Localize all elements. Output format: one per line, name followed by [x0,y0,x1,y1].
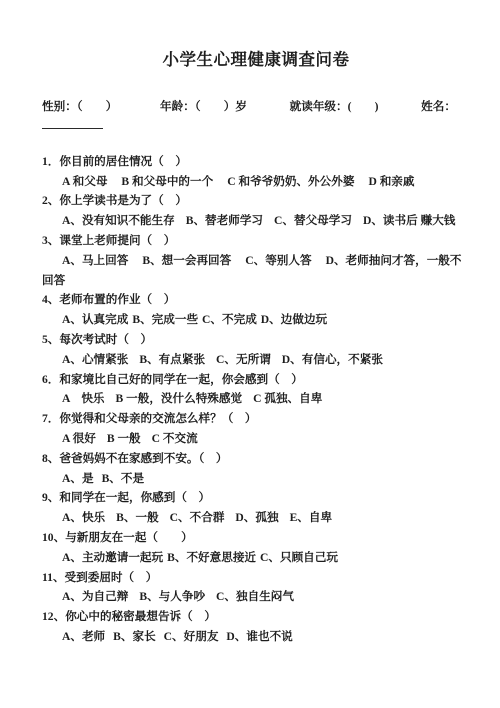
option-item: C 孤独、自卑 [253,392,322,405]
question-block: 3、课堂上老师提问（ ）A、马上回答B、想一会再回答C、等别人答D、老师抽问才答… [42,231,470,290]
option-item: D 和亲戚 [368,175,414,188]
option-item: C 和爷爷奶奶、外公外婆 [227,175,354,188]
question-options: A、快乐B、一般C、不合群D、孤独E、自卑 [42,508,470,528]
question-options: A 很好B 一般C 不交流 [42,429,470,449]
option-item: B、与人争吵 [139,590,205,603]
question-block: 5、每次考试时（ ）A、心情紧张B、有点紧张C、无所谓D、有信心，不紧张 [42,330,470,370]
option-item: B、不好意思接近 [167,551,256,564]
option-item: A、是 [62,472,94,485]
question-options: A、认真完成B、完成一些C、不完成D、边做边玩 [42,310,470,330]
option-item: B 和父母中的一个 [121,175,213,188]
option-item: A 很好 [62,432,96,445]
page-title: 小学生心理健康调查问卷 [42,0,470,70]
option-item: A、认真完成 [62,313,128,326]
question-options: A、心情紧张B、有点紧张C、无所谓D、有信心，不紧张 [42,350,470,370]
option-item: C、只顾自己玩 [260,551,338,564]
option-item: B 一般，没什么特殊感觉 [116,392,243,405]
option-item: B、不是 [102,472,145,485]
name-field: 姓名： [421,97,456,117]
option-item: C、等别人答 [245,254,311,267]
option-item: A、主动邀请一起玩 [62,551,163,564]
question-text: 12、你心中的秘密最想告诉（ ） [42,607,470,627]
option-item: A 和父母 [62,175,107,188]
question-options: A 和父母B 和父母中的一个C 和爷爷奶奶、外公外婆D 和亲戚 [42,172,470,192]
option-item: A、心情紧张 [62,353,128,366]
name-blank-line [42,128,103,129]
option-item: C、无所谓 [216,353,271,366]
question-text: 3、课堂上老师提问（ ） [42,231,470,251]
option-item: C、不合群 [170,511,225,524]
option-item: D、谁也不说 [226,630,292,643]
question-block: 6．和家境比自己好的同学在一起，你会感到（ ）A 快乐B 一般，没什么特殊感觉C… [42,370,470,410]
question-block: 10、与新朋友在一起（ ）A、主动邀请一起玩B、不好意思接近C、只顾自己玩 [42,528,470,568]
option-item: D、有信心，不紧张 [282,353,383,366]
question-text: 4、老师布置的作业（ ） [42,290,470,310]
question-text: 10、与新朋友在一起（ ） [42,528,470,548]
question-text: 8、爸爸妈妈不在家感到不安。（ ） [42,449,470,469]
option-item: B、想一会再回答 [142,254,231,267]
option-item: D、孤独 [235,511,278,524]
question-text: 2、你上学读书是为了（ ） [42,191,470,211]
question-options: A、是B、不是 [42,469,470,489]
option-item: B 一般 [107,432,141,445]
option-item: A、快乐 [62,511,105,524]
question-options: A、为自己辩B、与人争吵C、独自生闷气 [42,587,470,607]
question-options: A、老师B、家长C、好朋友D、谁也不说 [42,627,470,647]
option-item: B、家长 [113,630,156,643]
question-text: 7．你觉得和父母亲的交流怎么样？（ ） [42,409,470,429]
grade-field: 就读年级：( ) [290,97,379,117]
question-options: A、马上回答B、想一会再回答C、等别人答D、老师抽问才答，一般不回答 [42,251,470,291]
question-text: 5、每次考试时（ ） [42,330,470,350]
question-block: 1．你目前的居住情况（ ）A 和父母B 和父母中的一个C 和爷爷奶奶、外公外婆D… [42,152,470,192]
question-text: 11、受到委屈时（ ） [42,568,470,588]
question-block: 12、你心中的秘密最想告诉（ ）A、老师B、家长C、好朋友D、谁也不说 [42,607,470,647]
question-text: 9、和同学在一起，你感到（ ） [42,488,470,508]
option-item: A、为自己辩 [62,590,128,603]
gender-field: 性别：（ ） [42,97,117,117]
option-item: A、老师 [62,630,105,643]
option-item: B、完成一些 [132,313,198,326]
option-item: C、不完成 [202,313,257,326]
questionnaire-page: 小学生心理健康调查问卷 性别：（ ） 年龄：（ ）岁 就读年级：( ) 姓名： … [0,0,500,708]
question-text: 1．你目前的居住情况（ ） [42,152,470,172]
question-options: A、没有知识不能生存B、替老师学习C、替父母学习D、读书后 赚大钱 [42,211,470,231]
question-block: 4、老师布置的作业（ ）A、认真完成B、完成一些C、不完成D、边做边玩 [42,290,470,330]
option-item: C、好朋友 [164,630,219,643]
option-item: E、自卑 [290,511,333,524]
respondent-info-row: 性别：（ ） 年龄：（ ）岁 就读年级：( ) 姓名： [42,97,470,117]
option-item: C、替父母学习 [274,214,352,227]
option-item: B、一般 [116,511,159,524]
question-block: 8、爸爸妈妈不在家感到不安。（ ）A、是B、不是 [42,449,470,489]
option-item: B、替老师学习 [186,214,263,227]
question-options: A 快乐B 一般，没什么特殊感觉C 孤独、自卑 [42,389,470,409]
question-block: 11、受到委屈时（ ）A、为自己辩B、与人争吵C、独自生闷气 [42,568,470,608]
option-item: B、有点紧张 [139,353,205,366]
option-item: D、读书后 赚大钱 [363,214,455,227]
question-block: 7．你觉得和父母亲的交流怎么样？（ ）A 很好B 一般C 不交流 [42,409,470,449]
question-options: A、主动邀请一起玩B、不好意思接近C、只顾自己玩 [42,548,470,568]
option-item: A、马上回答 [62,254,128,267]
age-field: 年龄：（ ）岁 [160,97,247,117]
question-text: 6．和家境比自己好的同学在一起，你会感到（ ） [42,370,470,390]
question-block: 9、和同学在一起，你感到（ ）A、快乐B、一般C、不合群D、孤独E、自卑 [42,488,470,528]
option-item: A、没有知识不能生存 [62,214,175,227]
option-item: D、边做边玩 [261,313,327,326]
question-list: 1．你目前的居住情况（ ）A 和父母B 和父母中的一个C 和爷爷奶奶、外公外婆D… [42,152,470,647]
question-block: 2、你上学读书是为了（ ）A、没有知识不能生存B、替老师学习C、替父母学习D、读… [42,191,470,231]
option-item: C 不交流 [152,432,198,445]
option-item: A 快乐 [62,392,105,405]
option-item: C、独自生闷气 [216,590,294,603]
